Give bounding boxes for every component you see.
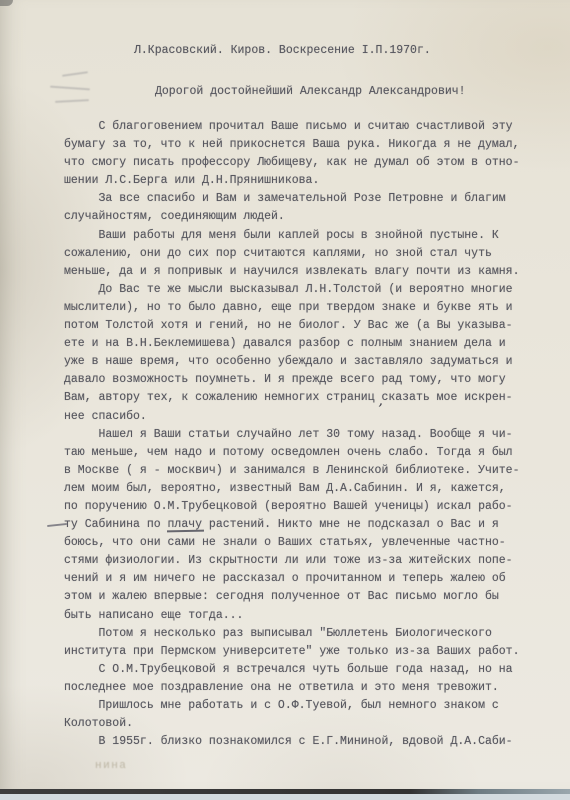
letter-line: бумагу за то, что к ней прикоснется Ваша… [64, 136, 519, 154]
letter-line: С О.М.Трубецковой я встречался чуть боль… [64, 661, 519, 679]
letter-line: меньше, да и я попривык и научился извле… [64, 263, 519, 281]
scan-background-strip [0, 794, 570, 800]
letter-line: ете и на В.Н.Беклемишева) давался разбор… [64, 335, 519, 353]
letter-body: С благоговением прочитал Ваше письмо и с… [64, 118, 519, 751]
letter-line: боюсь, что они сами не знали о Ваших ста… [64, 534, 519, 552]
scan-corner-mark [0, 0, 13, 6]
letter-line: чений и я им ничего не рассказал о прочи… [64, 570, 519, 588]
letter-line: мыслители), но то было давно, еще при тв… [64, 299, 519, 317]
letter-line: За все спасибо и Вам и замечательной Роз… [64, 190, 519, 208]
letter-line: Пришлось мне работать и с О.Ф.Туевой, бы… [64, 697, 519, 715]
letter-line: давало возможность поумнеть. И я прежде … [64, 371, 519, 389]
letter-line: шении Л.С.Берга или Д.Н.Прянишникова. [64, 172, 519, 190]
pencil-scribble-mark [50, 86, 90, 91]
pencil-scribble-mark [55, 99, 89, 103]
pencil-scribble-mark [62, 71, 88, 77]
letter-line: таю меньше, чем надо и потому осведомлен… [64, 444, 519, 462]
letter-line: по поручению О.М.Трубецковой (вероятно В… [64, 498, 519, 516]
faint-offset-text: нина [95, 760, 127, 772]
letter-line: сожалению, они до сих пор считаются капл… [64, 245, 519, 263]
letter-salutation: Дорогой достойнейший Александр Александр… [155, 85, 466, 98]
letter-line: До Вас те же мысли высказывал Л.Н.Толсто… [64, 281, 519, 299]
letter-line: случайностям, соединяющим людей. [64, 208, 519, 226]
letter-line: уже в наше время, что особенно убеждало … [64, 353, 519, 371]
letter-line: Колотовой. [64, 715, 519, 733]
letter-line: нее спасибо. [64, 408, 519, 426]
letter-line: что смогу писать профессору Любищеву, ка… [64, 154, 519, 172]
letter-line: потом Толстой хотя и гений, но не биолог… [64, 317, 519, 335]
letter-line: ту Сабинина по плачу растений. Никто мне… [64, 516, 519, 534]
letter-line: в Москве ( я - москвич) и занимался в Ле… [64, 462, 519, 480]
letter-line: лем моим был, вероятно, известный Вам Д.… [64, 480, 519, 498]
letter-line: этом и жалею впервые: сегодня полученное… [64, 588, 519, 606]
letter-line: быть написано еще тогда... [64, 607, 519, 625]
paper-sheet: Л.Красовский. Киров. Воскресение I.П.197… [0, 0, 570, 790]
letter-line: Вам, автору тех, к сожалению немногих ст… [64, 389, 519, 407]
letter-line: В 1955г. близко познакомился с Е.Г.Минин… [64, 733, 519, 751]
letter-line: последнее мое поздравление она не ответи… [64, 679, 519, 697]
letter-line: Нашел я Ваши статьи случайно лет 30 тому… [64, 426, 519, 444]
letter-line: стями физиологии. Из скрытности ли или т… [64, 552, 519, 570]
scanned-letter-page: Л.Красовский. Киров. Воскресение I.П.197… [0, 0, 570, 800]
letter-line: института при Пермском университете" уже… [64, 643, 519, 661]
letter-header-line: Л.Красовский. Киров. Воскресение I.П.197… [134, 44, 431, 57]
letter-line: Ваши работы для меня были каплей росы в … [64, 227, 519, 245]
letter-line: Потом я несколько раз выписывал "Бюллете… [64, 625, 519, 643]
letter-line: С благоговением прочитал Ваше письмо и с… [64, 118, 519, 136]
